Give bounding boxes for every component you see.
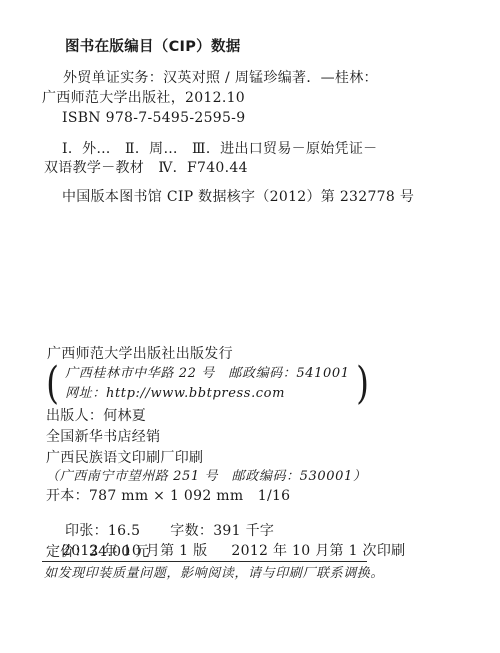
cip-isbn: ISBN 978-7-5495-2595-9 xyxy=(62,111,245,126)
cip-classification-line2: 双语教学－教材 Ⅳ．F740.44 xyxy=(44,161,248,176)
publisher-line: 广西师范大学出版社出版发行 xyxy=(47,347,233,362)
left-paren: ( xyxy=(46,364,59,404)
publisher-address-lines: 广西桂林市中华路 22 号 邮政编码：541001 网址：http://www.… xyxy=(65,364,349,404)
impression-value: 2012 年 10 月第 1 次印刷 xyxy=(231,543,405,559)
printer-address: （广西南宁市望州路 251 号 邮政编码：530001） xyxy=(46,469,367,484)
price-line: 定价：34.00 元 xyxy=(46,545,150,560)
publisher-website: 网址：http://www.bbtpress.com xyxy=(65,384,349,404)
footer-divider xyxy=(42,561,367,562)
cip-publisher-line: 广西师范大学出版社，2012.10 xyxy=(42,91,245,106)
distribution-line: 全国新华书店经销 xyxy=(46,430,160,445)
right-paren: ) xyxy=(356,364,369,404)
publisher-address: 广西桂林市中华路 22 号 邮政编码：541001 xyxy=(65,364,349,384)
publisher-address-group: ( 广西桂林市中华路 22 号 邮政编码：541001 网址：http://ww… xyxy=(44,364,371,404)
quality-note: 如发现印装质量问题，影响阅读，请与印刷厂联系调换。 xyxy=(44,566,384,581)
book-copyright-page: 图书在版编目（CIP）数据 外贸单证实务：汉英对照 / 周锰珍编著．—桂林： 广… xyxy=(0,0,500,653)
format-line: 开本：787 mm × 1 092 mm 1/16 xyxy=(46,489,290,504)
publisher-person: 出版人：何林夏 xyxy=(46,409,146,424)
cip-title-line: 外贸单证实务：汉英对照 / 周锰珍编著．—桂林： xyxy=(63,71,378,86)
printer-line: 广西民族语文印刷厂印刷 xyxy=(46,451,203,466)
cip-classification-line1: Ⅰ．外… Ⅱ．周… Ⅲ．进出口贸易－原始凭证－ xyxy=(62,142,377,157)
cip-header: 图书在版编目（CIP）数据 xyxy=(65,40,241,55)
cip-record-number: 中国版本图书馆 CIP 数据核字（2012）第 232778 号 xyxy=(62,190,414,205)
